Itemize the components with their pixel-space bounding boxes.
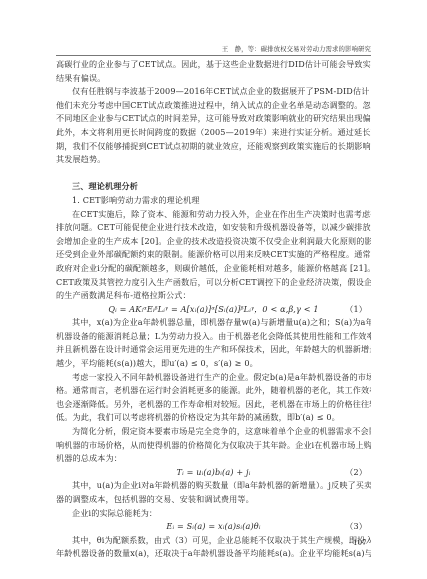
text-line: 年龄机器设备的数量x(a)，还取决于a年龄机器设备平均能耗s(a)。企业平均能耗… (56, 547, 371, 561)
text-line: 机器的总成本为： (56, 452, 371, 466)
text-line: 在CET实施后，除了资本、能源和劳动力投入外，企业在作出生产决策时也需考虑碳 (56, 208, 371, 222)
text-line: 此外，本文将利用更长时间跨度的数据（2005—2019年）来进行实证分析。通过延… (56, 126, 371, 140)
text-line: 为简化分析，假定资本要素市场是完全竞争的，这意味着单个企业的机器需求不会影 (56, 425, 371, 439)
text-line: 他们未充分考虑中国CET试点政策推进过程中，纳入试点的企业名单是动态调整的。忽略 (56, 99, 371, 113)
text-line: 响机器的市场价格，从而使得机器的价格简化为仅取决于其年龄。企业i在机器市场上购入 (56, 439, 371, 453)
text-line: 仅有任胜钢与李波基于2009—2016年CET试点企业的数据展开了PSM-DID… (56, 85, 371, 99)
page-body: 高碳行业的企业参与了CET试点。因此，基于这些企业数据进行DID估计可能会导致实… (56, 58, 371, 561)
equation-formula: Tᵢ = uᵢ(a)bᵢ(a) + jᵢ (177, 467, 251, 477)
text-line: 其发展趋势。 (56, 153, 371, 167)
equation-2: Tᵢ = uᵢ(a)bᵢ(a) + jᵢ （2） (56, 466, 371, 480)
text-line: 还受到企业外部碳配额约束的限制。能源价格可以用来反映CET实施的严格程度。通常， (56, 248, 371, 262)
text-line: 低。为此，我们可以考虑将机器的价格设定为其年龄的减函数，即b′(a) ≤ 0。 (56, 411, 371, 425)
header-rule (56, 55, 371, 56)
text-line: 政府对企业i分配的碳配额越多，则碳价越低，企业能耗相对越多，能源价格越高 [21… (56, 262, 371, 276)
text-line: 器的调整成本，包括机器的交易、安装和调试费用等。 (56, 493, 371, 507)
text-line: 机器设备的能源消耗总量；L为劳动力投入。由于机器老化会降低其使用性能和工作效率， (56, 330, 371, 344)
equation-formula: Qᵢ = AKᵢᵅEᵢᵝLᵢᵞ = A[xᵢ(a)]ᵅ[Sᵢ(a)]ᵝLᵢᵞ，0… (108, 304, 318, 314)
text-line: 其中，u(a)为企业i对a年龄机器的购买数量（即a年龄机器的新增量）。j反映了买… (56, 479, 371, 493)
page-number: · 107 · (300, 539, 371, 547)
text-line: 其中，x(a)为企业a年龄机器总量，即机器存量w(a)与新增量u(a)之和；S(… (56, 316, 371, 330)
equation-number: （3） (345, 520, 367, 534)
running-header: 王 静，等：碳排放权交易对劳动力需求的影响研究 (56, 44, 371, 54)
equation-number: （2） (345, 466, 367, 480)
text-line: 会增加企业的生产成本 [20]。企业的技术改造投资决策不仅受企业利润最大化原则的… (56, 235, 371, 249)
equation-3: Eᵢ = Sᵢ(a) = xᵢ(a)sᵢ(a)θᵢ （3） (56, 520, 371, 534)
text-line: 的生产函数满足科布-道格拉斯公式： (56, 289, 371, 303)
text-line: 高碳行业的企业参与了CET试点。因此，基于这些企业数据进行DID估计可能会导致实… (56, 58, 371, 72)
text-line: 考虑一家投入不同年龄机器设备进行生产的企业。假定b(a)是a年龄机器设备的市场价 (56, 371, 371, 385)
equation-formula: Eᵢ = Sᵢ(a) = xᵢ(a)sᵢ(a)θᵢ (166, 521, 260, 531)
text-line: 排放问题。CET可能促使企业进行技术改造，如安装和升级机器设备等，以减少碳排放，… (56, 221, 371, 235)
text-line: 也会逐渐降低。另外，老机器的工作寿命相对较短。因此，老机器在市场上的价格往往较 (56, 398, 371, 412)
text-line: 并且新机器在设计时通常会运用更先进的生产和环保技术，因此，年龄越大的机器新增量 (56, 343, 371, 357)
text-line: CET政策及其管控力度引入生产函数后，可以分析CET调控下的企业经济决策，假设企… (56, 276, 371, 290)
text-line: 越少，平均能耗(s(a))越大，即u′(a) ≤ 0，s′(a) ≥ 0。 (56, 357, 371, 371)
blank-line (56, 167, 371, 181)
section-heading: 三、理论机理分析 (56, 180, 371, 194)
equation-1: Qᵢ = AKᵢᵅEᵢᵝLᵢᵞ = A[xᵢ(a)]ᵅ[Sᵢ(a)]ᵝLᵢᵞ，0… (56, 303, 371, 317)
subsection-heading: 1. CET影响劳动力需求的理论机理 (56, 194, 371, 208)
text-line: 不同地区企业参与CET试点的时间差异，这可能导致对政策影响就业的研究结果出现偏差… (56, 112, 371, 126)
text-line: 格。通常而言，老机器在运行时会消耗更多的能源。此外，随着机器的老化，其工作效率 (56, 384, 371, 398)
text-line: 结果有偏误。 (56, 72, 371, 86)
text-line: 期，我们不仅能够捕捉到CET试点初期的就业效应，还能观察到政策实施后的长期影响及 (56, 140, 371, 154)
text-line: 企业i的实际总能耗为： (56, 507, 371, 521)
equation-number: （1） (345, 303, 367, 317)
